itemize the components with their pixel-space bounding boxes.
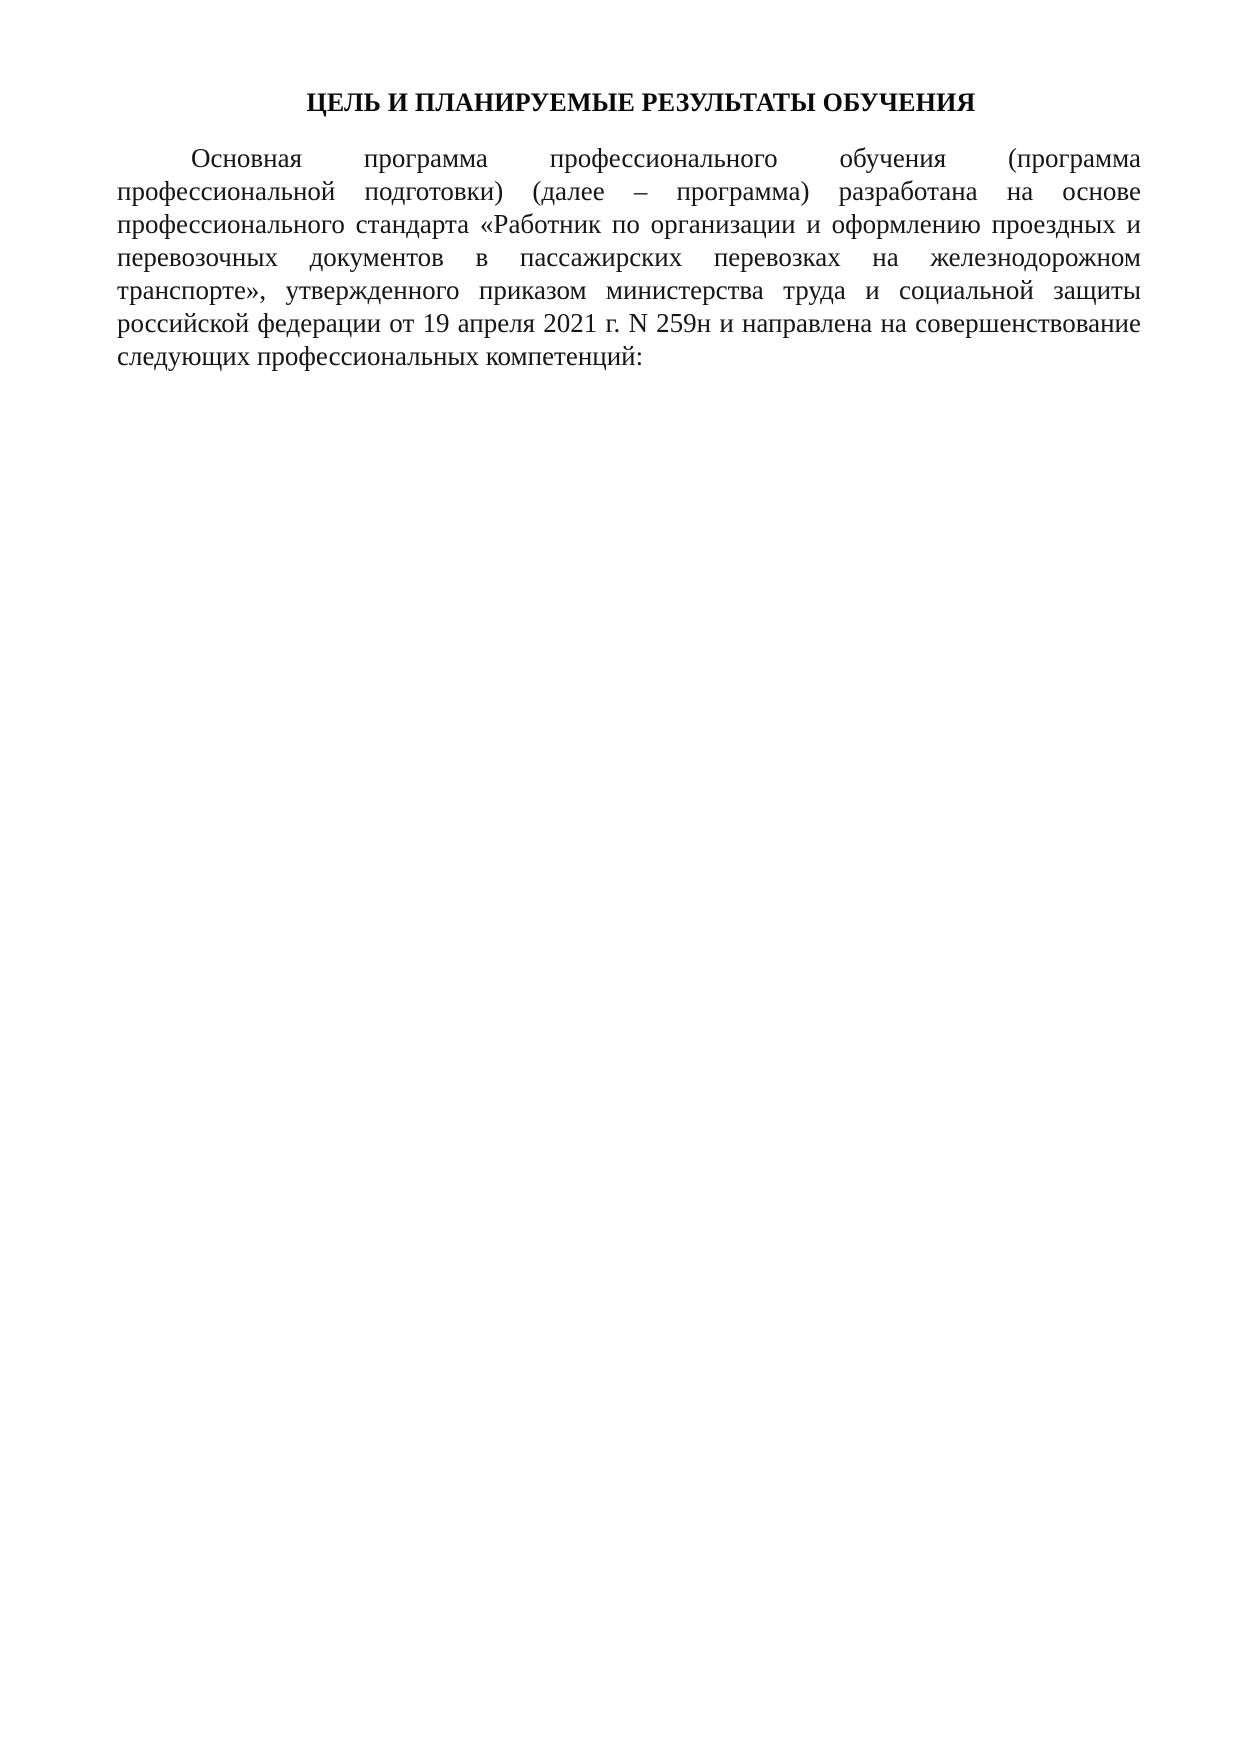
- intro-paragraph: Основная программа профессионального обу…: [117, 142, 1141, 373]
- section-title: ЦЕЛЬ И ПЛАНИРУЕМЫЕ РЕЗУЛЬТАТЫ ОБУЧЕНИЯ: [117, 86, 1141, 120]
- document-page: ЦЕЛЬ И ПЛАНИРУЕМЫЕ РЕЗУЛЬТАТЫ ОБУЧЕНИЯ О…: [117, 86, 1141, 373]
